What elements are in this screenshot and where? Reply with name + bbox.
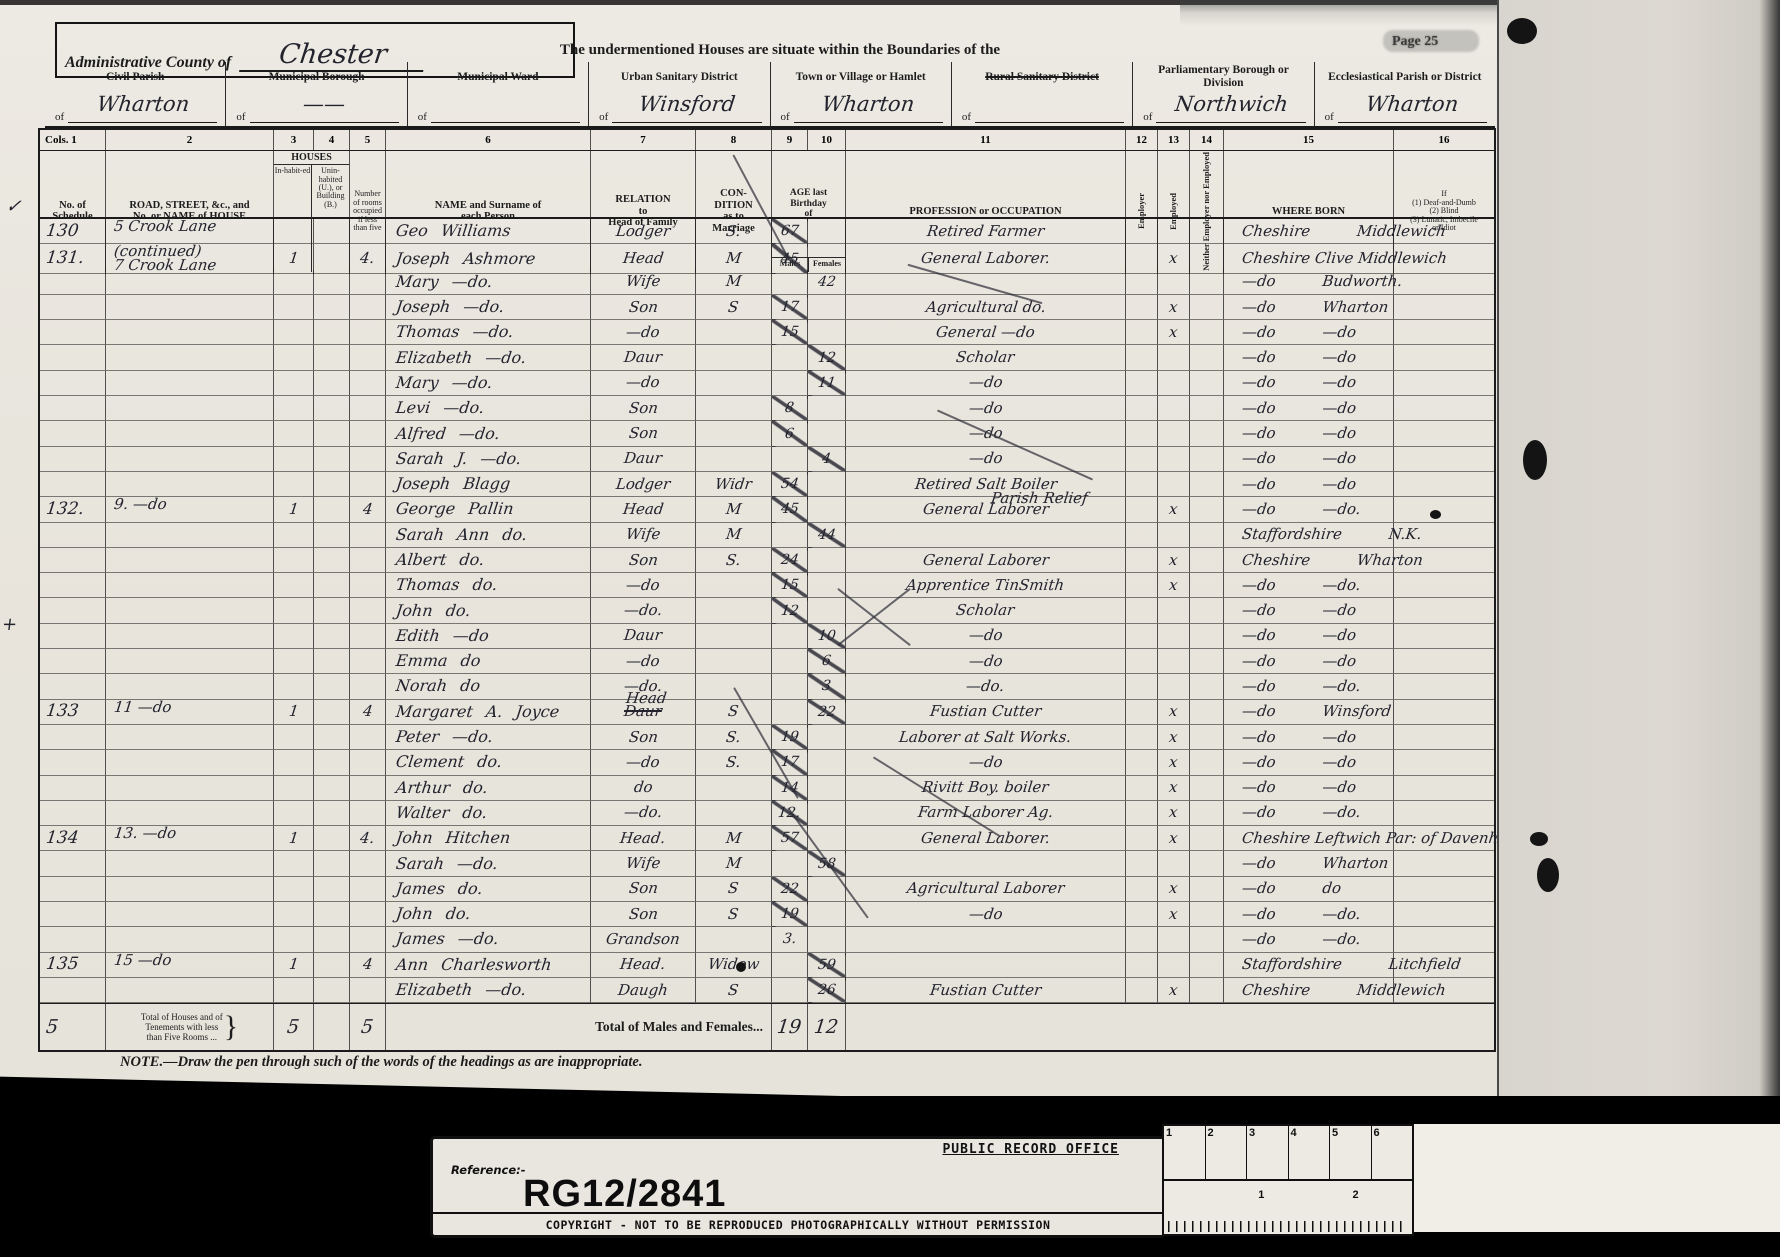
cell-u <box>314 371 350 396</box>
cell-p: —do <box>846 396 1126 421</box>
ink-blot <box>1523 440 1547 480</box>
cell-c <box>696 396 772 421</box>
of-label: of <box>599 111 608 123</box>
cell-n: Geo Williams <box>386 219 591 244</box>
cell-e13 <box>1158 447 1190 472</box>
totals-houses-label: Total of Houses and of Tenements with le… <box>106 1004 274 1050</box>
cell-i <box>274 472 314 497</box>
cell-n: Norah do <box>386 674 591 699</box>
ruler-number: 6 <box>1372 1126 1413 1179</box>
cell-n: Edith —do <box>386 624 591 649</box>
cell-r <box>106 776 274 801</box>
public-record-office-card: PUBLIC RECORD OFFICE Reference:- RG12/28… <box>430 1136 1166 1238</box>
cell-s <box>40 548 106 573</box>
cell-s <box>40 927 106 952</box>
ruler-number: 2 <box>1352 1189 1358 1201</box>
cell-u <box>314 851 350 876</box>
cell-r: 13. —do <box>106 826 274 851</box>
cell-inf <box>1394 270 1494 295</box>
cell-u <box>314 674 350 699</box>
cell-b: —do Wharton <box>1224 295 1394 320</box>
census-row: 1305 Crook LaneGeo WilliamsLodgerS.67Ret… <box>40 219 1494 244</box>
cell-s <box>40 396 106 421</box>
cell-s <box>40 725 106 750</box>
cell-e13: x <box>1158 801 1190 826</box>
cell-r <box>106 548 274 573</box>
census-row: Arthur do.do14Rivitt Boy. boilerx—do —do <box>40 776 1494 801</box>
header-field-line: —— <box>250 94 399 123</box>
cell-e14 <box>1190 877 1224 902</box>
cell-b: —do —do. <box>1224 927 1394 952</box>
census-row: Mary —do.—do11—do—do —do <box>40 371 1494 396</box>
cell-af <box>808 497 846 522</box>
cell-s <box>40 447 106 472</box>
cell-i <box>274 421 314 446</box>
cell-rm <box>350 877 386 902</box>
cell-am <box>772 270 808 295</box>
cell-am <box>772 953 808 978</box>
cell-e13: x <box>1158 700 1190 725</box>
cell-inf <box>1394 598 1494 623</box>
cell-u <box>314 649 350 674</box>
census-row: 13311 —do14Margaret A. JoyceHeadDaurS22F… <box>40 700 1494 725</box>
cell-r <box>106 750 274 775</box>
cell-rm <box>350 750 386 775</box>
cell-e14 <box>1190 953 1224 978</box>
cell-rm <box>350 447 386 472</box>
cell-i <box>274 270 314 295</box>
ink-blot <box>1430 510 1441 519</box>
cell-u <box>314 902 350 927</box>
cell-n: Joseph —do. <box>386 295 591 320</box>
cell-rel: Wife <box>591 851 696 876</box>
col-number: 4 <box>314 130 350 150</box>
cell-rm <box>350 396 386 421</box>
cell-am: 15 <box>772 573 808 598</box>
header-field-line: Winsford <box>612 94 761 123</box>
ink-blot <box>1537 858 1559 892</box>
cell-total-females: 12 <box>808 1004 846 1050</box>
cell-n: Peter —do. <box>386 725 591 750</box>
cell-e12 <box>1126 750 1158 775</box>
col-number: 13 <box>1158 130 1190 150</box>
cell-e13: x <box>1158 295 1190 320</box>
cell-s <box>40 472 106 497</box>
cell-n: Joseph Blagg <box>386 472 591 497</box>
cell-rel: —do <box>591 320 696 345</box>
census-row: Albert do.SonS.24General LaborerxCheshir… <box>40 548 1494 573</box>
cell-e13: x <box>1158 978 1190 1003</box>
cell-s <box>40 421 106 446</box>
cell-e12 <box>1126 801 1158 826</box>
cell-b: —do —do <box>1224 371 1394 396</box>
header-field: Municipal Boroughof—— <box>225 62 406 126</box>
header-field-value: Wharton <box>1365 94 1460 115</box>
col-number: 8 <box>696 130 772 150</box>
cell-r <box>106 927 274 952</box>
cell-u <box>314 826 350 851</box>
cell-i: 1 <box>274 497 314 522</box>
cell-u <box>314 598 350 623</box>
census-row: Mary —do.WifeM42—do Budworth. <box>40 270 1494 295</box>
cell-u <box>314 877 350 902</box>
column-headers-row: No. of Schedule ROAD, STREET, &c., and N… <box>40 151 1494 219</box>
cell-u <box>314 700 350 725</box>
cell-i <box>274 219 314 244</box>
cell-e12 <box>1126 776 1158 801</box>
cell-e12 <box>1126 649 1158 674</box>
cell-b: Cheshire Middlewich <box>1224 219 1394 244</box>
cell-i <box>274 927 314 952</box>
cell-e14 <box>1190 371 1224 396</box>
cell-b: Staffordshire N.K. <box>1224 523 1394 548</box>
cell-b: —do —do. <box>1224 674 1394 699</box>
cell-e14 <box>1190 624 1224 649</box>
cell-rel: Grandson <box>591 927 696 952</box>
cell-af: 22 <box>808 700 846 725</box>
cell-inf <box>1394 725 1494 750</box>
cell-s <box>40 624 106 649</box>
cell-rel: Lodger <box>591 219 696 244</box>
header-field-label: Municipal Borough <box>226 62 406 92</box>
census-row: Sarah J. —do.Daur4—do—do —do <box>40 447 1494 472</box>
col-number: 7 <box>591 130 696 150</box>
ruler-number: 4 <box>1289 1126 1331 1179</box>
cell-n: Albert do. <box>386 548 591 573</box>
cell-am: 22 <box>772 877 808 902</box>
cell-af <box>808 826 846 851</box>
cell-c: Widow <box>696 953 772 978</box>
cell-e14 <box>1190 801 1224 826</box>
cell-rel: HeadDaur <box>591 700 696 725</box>
cell-e14 <box>1190 548 1224 573</box>
census-sheet: Administrative County of Chester The und… <box>0 0 1510 1096</box>
census-row: 132.9. —do14George PallinHeadM45Parish R… <box>40 497 1494 522</box>
cell-rm <box>350 624 386 649</box>
scanned-census-page: { "header": { "admin_county_label": "Adm… <box>0 0 1780 1257</box>
header-field-value: Wharton <box>821 94 916 115</box>
cell-u <box>314 523 350 548</box>
cell-rel: —do <box>591 750 696 775</box>
cell-e13 <box>1158 649 1190 674</box>
cell-inf <box>1394 851 1494 876</box>
cell-u <box>314 396 350 421</box>
cell-rel: Daur <box>591 345 696 370</box>
cell-af <box>808 320 846 345</box>
col-number: 2 <box>106 130 274 150</box>
cell-u <box>314 345 350 370</box>
cell-c: S. <box>696 219 772 244</box>
cell-b: —do —do <box>1224 776 1394 801</box>
cell-i <box>274 877 314 902</box>
of-label: of <box>55 111 64 123</box>
cell-e12 <box>1126 396 1158 421</box>
cell-rm <box>350 472 386 497</box>
cell-inf <box>1394 345 1494 370</box>
cell-e13: x <box>1158 320 1190 345</box>
cell-e13: x <box>1158 902 1190 927</box>
cell-c: S <box>696 877 772 902</box>
cell-p: Apprentice TinSmith <box>846 573 1126 598</box>
cell-rm <box>350 295 386 320</box>
cell-u <box>314 447 350 472</box>
header-text: HOUSES <box>274 151 349 165</box>
cell-s: 132. <box>40 497 106 522</box>
cell-af: 12 <box>808 345 846 370</box>
cell-e13: x <box>1158 725 1190 750</box>
cell-total-schedules: 5 <box>40 1004 106 1050</box>
cell-r <box>106 345 274 370</box>
cell-e12 <box>1126 953 1158 978</box>
cell-rel: Daur <box>591 624 696 649</box>
cell-u <box>314 624 350 649</box>
cell-am: 12 <box>772 598 808 623</box>
reference-label: Reference:- <box>451 1163 526 1177</box>
col-number: 6 <box>386 130 591 150</box>
cell-b: —do —do <box>1224 649 1394 674</box>
cell-c: S <box>696 700 772 725</box>
cell-u <box>314 548 350 573</box>
cell-u <box>314 953 350 978</box>
pen-tick: + <box>1 616 18 634</box>
cell-af: 6 <box>808 649 846 674</box>
cell-n: Thomas —do. <box>386 320 591 345</box>
cell-u <box>314 219 350 244</box>
cell-e14 <box>1190 750 1224 775</box>
cell-p <box>846 953 1126 978</box>
cell-inf <box>1394 421 1494 446</box>
cell-r <box>106 978 274 1003</box>
cell-s <box>40 978 106 1003</box>
ruler-bottom-scale: 1 2 <box>1164 1179 1412 1234</box>
header-field: Urban Sanitary DistrictofWinsford <box>588 62 769 126</box>
cell-e13: x <box>1158 776 1190 801</box>
cell-rm <box>350 776 386 801</box>
scan-edge-wedge <box>0 1072 930 1098</box>
cell-e14 <box>1190 219 1224 244</box>
header-text: PROFESSION or OCCUPATION <box>909 206 1061 218</box>
header-field: Town or Village or HamletofWharton <box>770 62 951 126</box>
cell-total-houses: 5 <box>274 1004 314 1050</box>
cell-r: 5 Crook Lane <box>106 219 274 244</box>
cell-r <box>106 523 274 548</box>
census-rows: 1305 Crook LaneGeo WilliamsLodgerS.67Ret… <box>40 219 1494 1003</box>
cell-inf <box>1394 371 1494 396</box>
of-label: of <box>1143 111 1152 123</box>
cell-b: —do Winsford <box>1224 700 1394 725</box>
cell-e13 <box>1158 270 1190 295</box>
cell-e14 <box>1190 497 1224 522</box>
cell-s: 134 <box>40 826 106 851</box>
cell-s: 133 <box>40 700 106 725</box>
col-number: 14 <box>1190 130 1224 150</box>
cell-b: Staffordshire Litchfield <box>1224 953 1394 978</box>
cell-b: —do —do <box>1224 472 1394 497</box>
cell-af: 4 <box>808 447 846 472</box>
cell-p: Retired Farmer <box>846 219 1126 244</box>
ruler-number: 5 <box>1330 1126 1372 1179</box>
cell-u <box>314 472 350 497</box>
footnote: NOTE.—Draw the pen through such of the w… <box>120 1054 642 1071</box>
cell-rm <box>350 902 386 927</box>
cell-am <box>772 371 808 396</box>
ruler-number: 1 <box>1164 1126 1206 1179</box>
cell-am <box>772 523 808 548</box>
cell-inf <box>1394 472 1494 497</box>
cell-n: Arthur do. <box>386 776 591 801</box>
cell-r: 11 —do <box>106 700 274 725</box>
cell-af <box>808 927 846 952</box>
header-field: Rural Sanitary Districtof <box>951 62 1132 126</box>
cell-rel: Son <box>591 725 696 750</box>
cell-rm: 4 <box>350 497 386 522</box>
cell-c: S. <box>696 548 772 573</box>
cell-inf <box>1394 877 1494 902</box>
cell-inf <box>1394 801 1494 826</box>
census-row: 13413. —do14.John HitchenHead.M57General… <box>40 826 1494 851</box>
ruler-number: 3 <box>1247 1126 1289 1179</box>
cell-e12 <box>1126 826 1158 851</box>
cell-c: S. <box>696 725 772 750</box>
cell-i <box>274 674 314 699</box>
cell-r <box>106 421 274 446</box>
cell-n: John do. <box>386 902 591 927</box>
cell-e12 <box>1126 927 1158 952</box>
header-field-line: Wharton <box>794 94 943 123</box>
cell-e13 <box>1158 674 1190 699</box>
census-row: Sarah Ann do.WifeM44Staffordshire N.K. <box>40 523 1494 548</box>
cell-c: Widr <box>696 472 772 497</box>
cell-p: Scholar <box>846 598 1126 623</box>
cell-s <box>40 877 106 902</box>
cell-s <box>40 776 106 801</box>
measurement-ruler: 1 2 3 4 5 6 1 2 <box>1162 1124 1414 1236</box>
ruler-ticks <box>1168 1221 1408 1232</box>
cell-e12 <box>1126 320 1158 345</box>
cell-inf <box>1394 750 1494 775</box>
cell-inf <box>1394 674 1494 699</box>
cell-rm <box>350 598 386 623</box>
of-label: of <box>1325 111 1334 123</box>
cell-e13 <box>1158 396 1190 421</box>
cell-e14 <box>1190 776 1224 801</box>
cell-e14 <box>1190 725 1224 750</box>
census-row: John do.—do.12Scholar—do —do <box>40 598 1494 623</box>
cell-e14 <box>1190 447 1224 472</box>
cell-b: Cheshire Leftwich Par: of Davenham. <box>1224 826 1394 851</box>
cell-e12 <box>1126 371 1158 396</box>
cell-rel: Lodger <box>591 472 696 497</box>
cell-i <box>274 320 314 345</box>
cell-n: Ann Charlesworth <box>386 953 591 978</box>
cell-rel: Son <box>591 295 696 320</box>
cell-inf <box>1394 548 1494 573</box>
cell-rel: —do <box>591 573 696 598</box>
cell-n: Clement do. <box>386 750 591 775</box>
cell-af: 26 <box>808 978 846 1003</box>
cell-r <box>106 851 274 876</box>
cell-e12 <box>1126 421 1158 446</box>
cell-rm <box>350 421 386 446</box>
cell-s <box>40 573 106 598</box>
cell-p: —do <box>846 371 1126 396</box>
cell-r: 15 —do <box>106 953 274 978</box>
header-field-value: Northwich <box>1173 94 1289 115</box>
cell-af <box>808 801 846 826</box>
col-number: 9 <box>772 130 808 150</box>
census-row: James —do.Grandson3.—do —do. <box>40 927 1494 952</box>
cell-p: —do <box>846 750 1126 775</box>
cell-p: Laborer at Salt Works. <box>846 725 1126 750</box>
cell-e13 <box>1158 598 1190 623</box>
cell-af: 59 <box>808 953 846 978</box>
cell-inf <box>1394 523 1494 548</box>
cell-e13 <box>1158 472 1190 497</box>
cell-rel: Head <box>591 497 696 522</box>
of-label: of <box>418 111 427 123</box>
cell-rel: Daur <box>591 447 696 472</box>
cell-inf <box>1394 320 1494 345</box>
ink-blot <box>1507 18 1537 44</box>
page-number: Page 25 <box>1392 34 1438 50</box>
header-field-label: Parliamentary Borough or Division <box>1133 62 1313 92</box>
cell-p: Rivitt Boy. boiler <box>846 776 1126 801</box>
cell-r <box>106 801 274 826</box>
cell-e12 <box>1126 978 1158 1003</box>
cell-r <box>106 472 274 497</box>
reference-number: RG12/2841 <box>523 1173 726 1216</box>
cell-p <box>846 270 1126 295</box>
header-field: Civil ParishofWharton <box>45 62 225 126</box>
cell-af <box>808 598 846 623</box>
cell-b: Cheshire Wharton <box>1224 548 1394 573</box>
cell-af <box>808 573 846 598</box>
cell-s: 135 <box>40 953 106 978</box>
cell-i <box>274 776 314 801</box>
cell-n: Alfred —do. <box>386 421 591 446</box>
cell-af <box>808 396 846 421</box>
copyright-notice: COPYRIGHT - NOT TO BE REPRODUCED PHOTOGR… <box>433 1212 1163 1235</box>
cell-b: —do —do <box>1224 725 1394 750</box>
cell-n: Sarah —do. <box>386 851 591 876</box>
cell-u <box>314 776 350 801</box>
cell-b: —do Wharton <box>1224 851 1394 876</box>
of-label: of <box>781 111 790 123</box>
ink-blot <box>736 962 746 972</box>
census-row: Thomas do.—do15Apprentice TinSmithx—do —… <box>40 573 1494 598</box>
cell-n: Levi —do. <box>386 396 591 421</box>
cell-r <box>106 396 274 421</box>
cell-inf <box>1394 902 1494 927</box>
header-field: Parliamentary Borough or DivisionofNorth… <box>1132 62 1313 126</box>
cell-inf <box>1394 497 1494 522</box>
cell-af <box>808 548 846 573</box>
cell-c: M <box>696 497 772 522</box>
cell-n: John do. <box>386 598 591 623</box>
cell-i <box>274 295 314 320</box>
cell-c <box>696 421 772 446</box>
cell-c: M <box>696 851 772 876</box>
cell-r <box>106 295 274 320</box>
cell-e13 <box>1158 851 1190 876</box>
cell-b: —do —do <box>1224 396 1394 421</box>
col-number: 10 <box>808 130 846 150</box>
cell-e13: x <box>1158 573 1190 598</box>
cell-r: 9. —do <box>106 497 274 522</box>
cell-r <box>106 624 274 649</box>
header-field-value: Winsford <box>638 94 737 115</box>
pen-tick: ✓ <box>5 198 22 216</box>
